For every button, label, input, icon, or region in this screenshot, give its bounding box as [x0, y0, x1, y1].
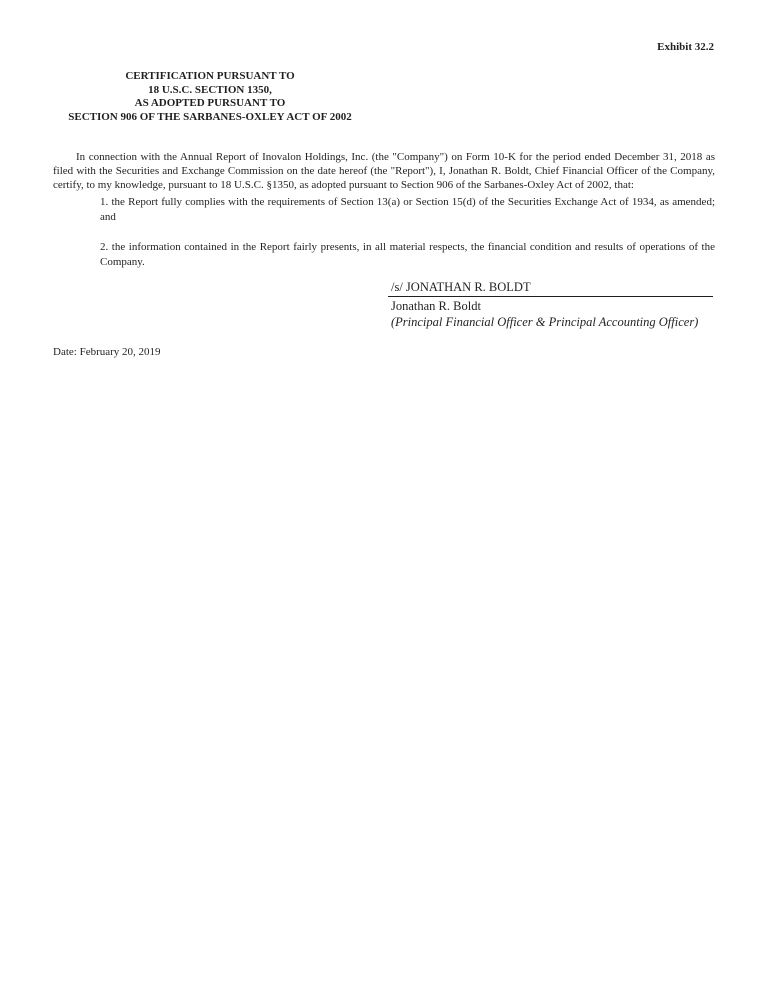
- title-line: 18 U.S.C. SECTION 1350,: [0, 84, 420, 98]
- signature-line: /s/ JONATHAN R. BOLDT: [388, 279, 713, 297]
- certification-item-1: 1. the Report fully complies with the re…: [100, 195, 715, 224]
- title-line: SECTION 906 OF THE SARBANES-OXLEY ACT OF…: [0, 111, 420, 125]
- title-line: CERTIFICATION PURSUANT TO: [0, 70, 420, 84]
- certification-item-2: 2. the information contained in the Repo…: [100, 240, 715, 269]
- intro-paragraph: In connection with the Annual Report of …: [53, 150, 715, 192]
- signature-block: /s/ JONATHAN R. BOLDT Jonathan R. Boldt …: [388, 279, 713, 330]
- document-title: CERTIFICATION PURSUANT TO 18 U.S.C. SECT…: [0, 70, 768, 124]
- date-line: Date: February 20, 2019: [53, 346, 161, 358]
- signer-title: (Principal Financial Officer & Principal…: [388, 314, 713, 330]
- exhibit-label: Exhibit 32.2: [657, 41, 714, 53]
- signer-name: Jonathan R. Boldt: [388, 297, 713, 314]
- title-line: AS ADOPTED PURSUANT TO: [0, 97, 420, 111]
